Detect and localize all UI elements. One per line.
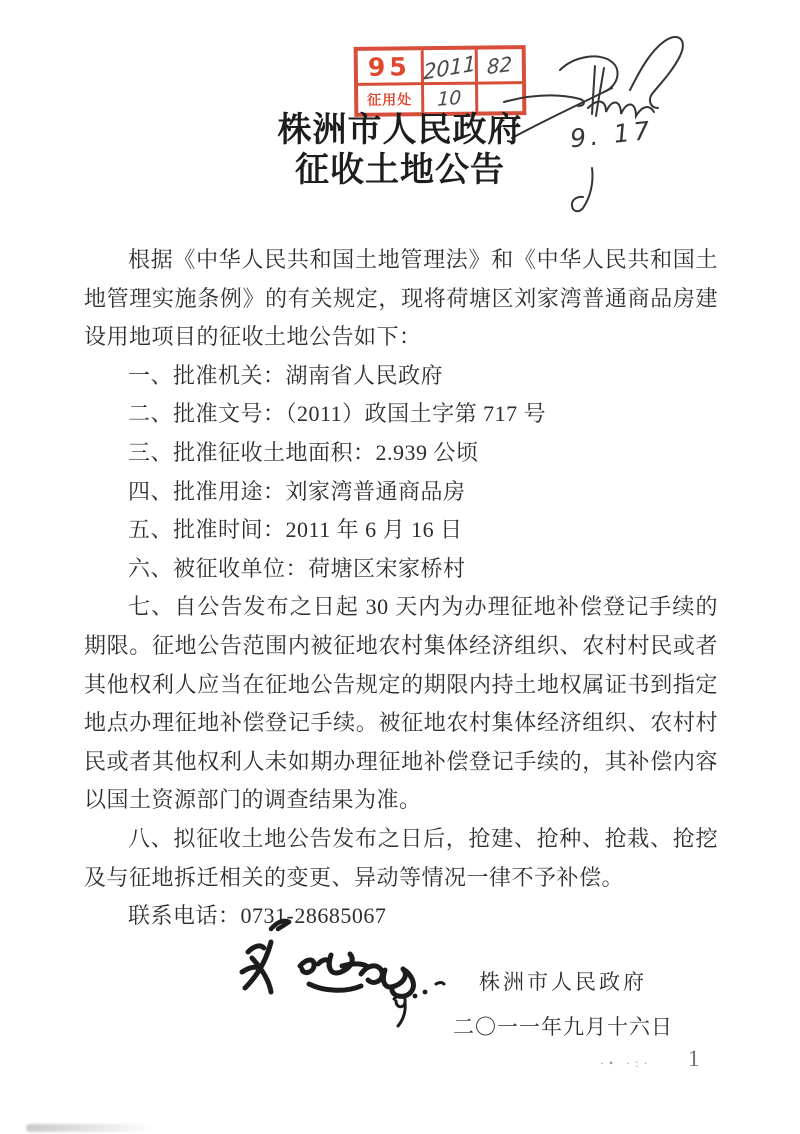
document-title: 株洲市人民政府 征收土地公告: [0, 111, 800, 191]
stamp-number-handwritten: 82: [487, 52, 512, 80]
item-8-no-compensation: 八、拟征收土地公告发布之日后，抢建、抢种、抢栽、抢挖及与征地拆迁相关的变更、异动…: [84, 820, 718, 897]
stamp-office-label: 征用处: [367, 89, 412, 109]
stamp-year-handwritten: 2011: [423, 51, 476, 84]
item-7-registration-terms: 七、自公告发布之日起 30 天内为办理征地补偿登记手续的期限。征地公告范围内被征…: [84, 588, 718, 820]
contact-phone: 联系电话：0731-28685067: [84, 897, 718, 936]
intro-paragraph: 根据《中华人民共和国土地管理法》和《中华人民共和国土地管理实施条例》的有关规定，…: [84, 241, 718, 357]
page-number: 1: [688, 1046, 700, 1072]
stamp-serial-printed: 95: [368, 52, 411, 81]
title-line-subject: 征收土地公告: [0, 151, 800, 191]
item-5-date: 五、批准时间：2011 年 6 月 16 日: [84, 511, 718, 550]
scanned-document-page: 95 2011 82 征用处 10 9. 17 株洲市人民政府 征收土地公告 根…: [0, 0, 800, 1134]
title-line-issuer: 株洲市人民政府: [0, 111, 800, 151]
item-2-doc-number: 二、批准文号：（2011）政国土字第 717 号: [84, 395, 718, 434]
signoff-issuer: 株洲市人民政府: [438, 966, 688, 996]
scan-smudge: [26, 1124, 156, 1132]
item-3-area: 三、批准征收土地面积：2.939 公顷: [84, 434, 718, 473]
announcement-body: 根据《中华人民共和国土地管理法》和《中华人民共和国土地管理实施条例》的有关规定，…: [84, 241, 718, 936]
registration-stamp: 95 2011 82 征用处 10: [354, 45, 527, 117]
item-4-usage: 四、批准用途：刘家湾普通商品房: [84, 473, 718, 512]
item-6-unit: 六、被征收单位：荷塘区宋家桥村: [84, 550, 718, 589]
stamp-entry-handwritten: 10: [437, 86, 462, 110]
signoff-date: 二〇一一年九月十六日: [438, 1011, 688, 1041]
item-1-authority: 一、批准机关：湖南省人民政府: [84, 357, 718, 396]
signoff-block: 株洲市人民政府 二〇一一年九月十六日: [438, 966, 688, 1041]
scan-artifact-marks: ·• ·:·: [600, 1056, 653, 1071]
